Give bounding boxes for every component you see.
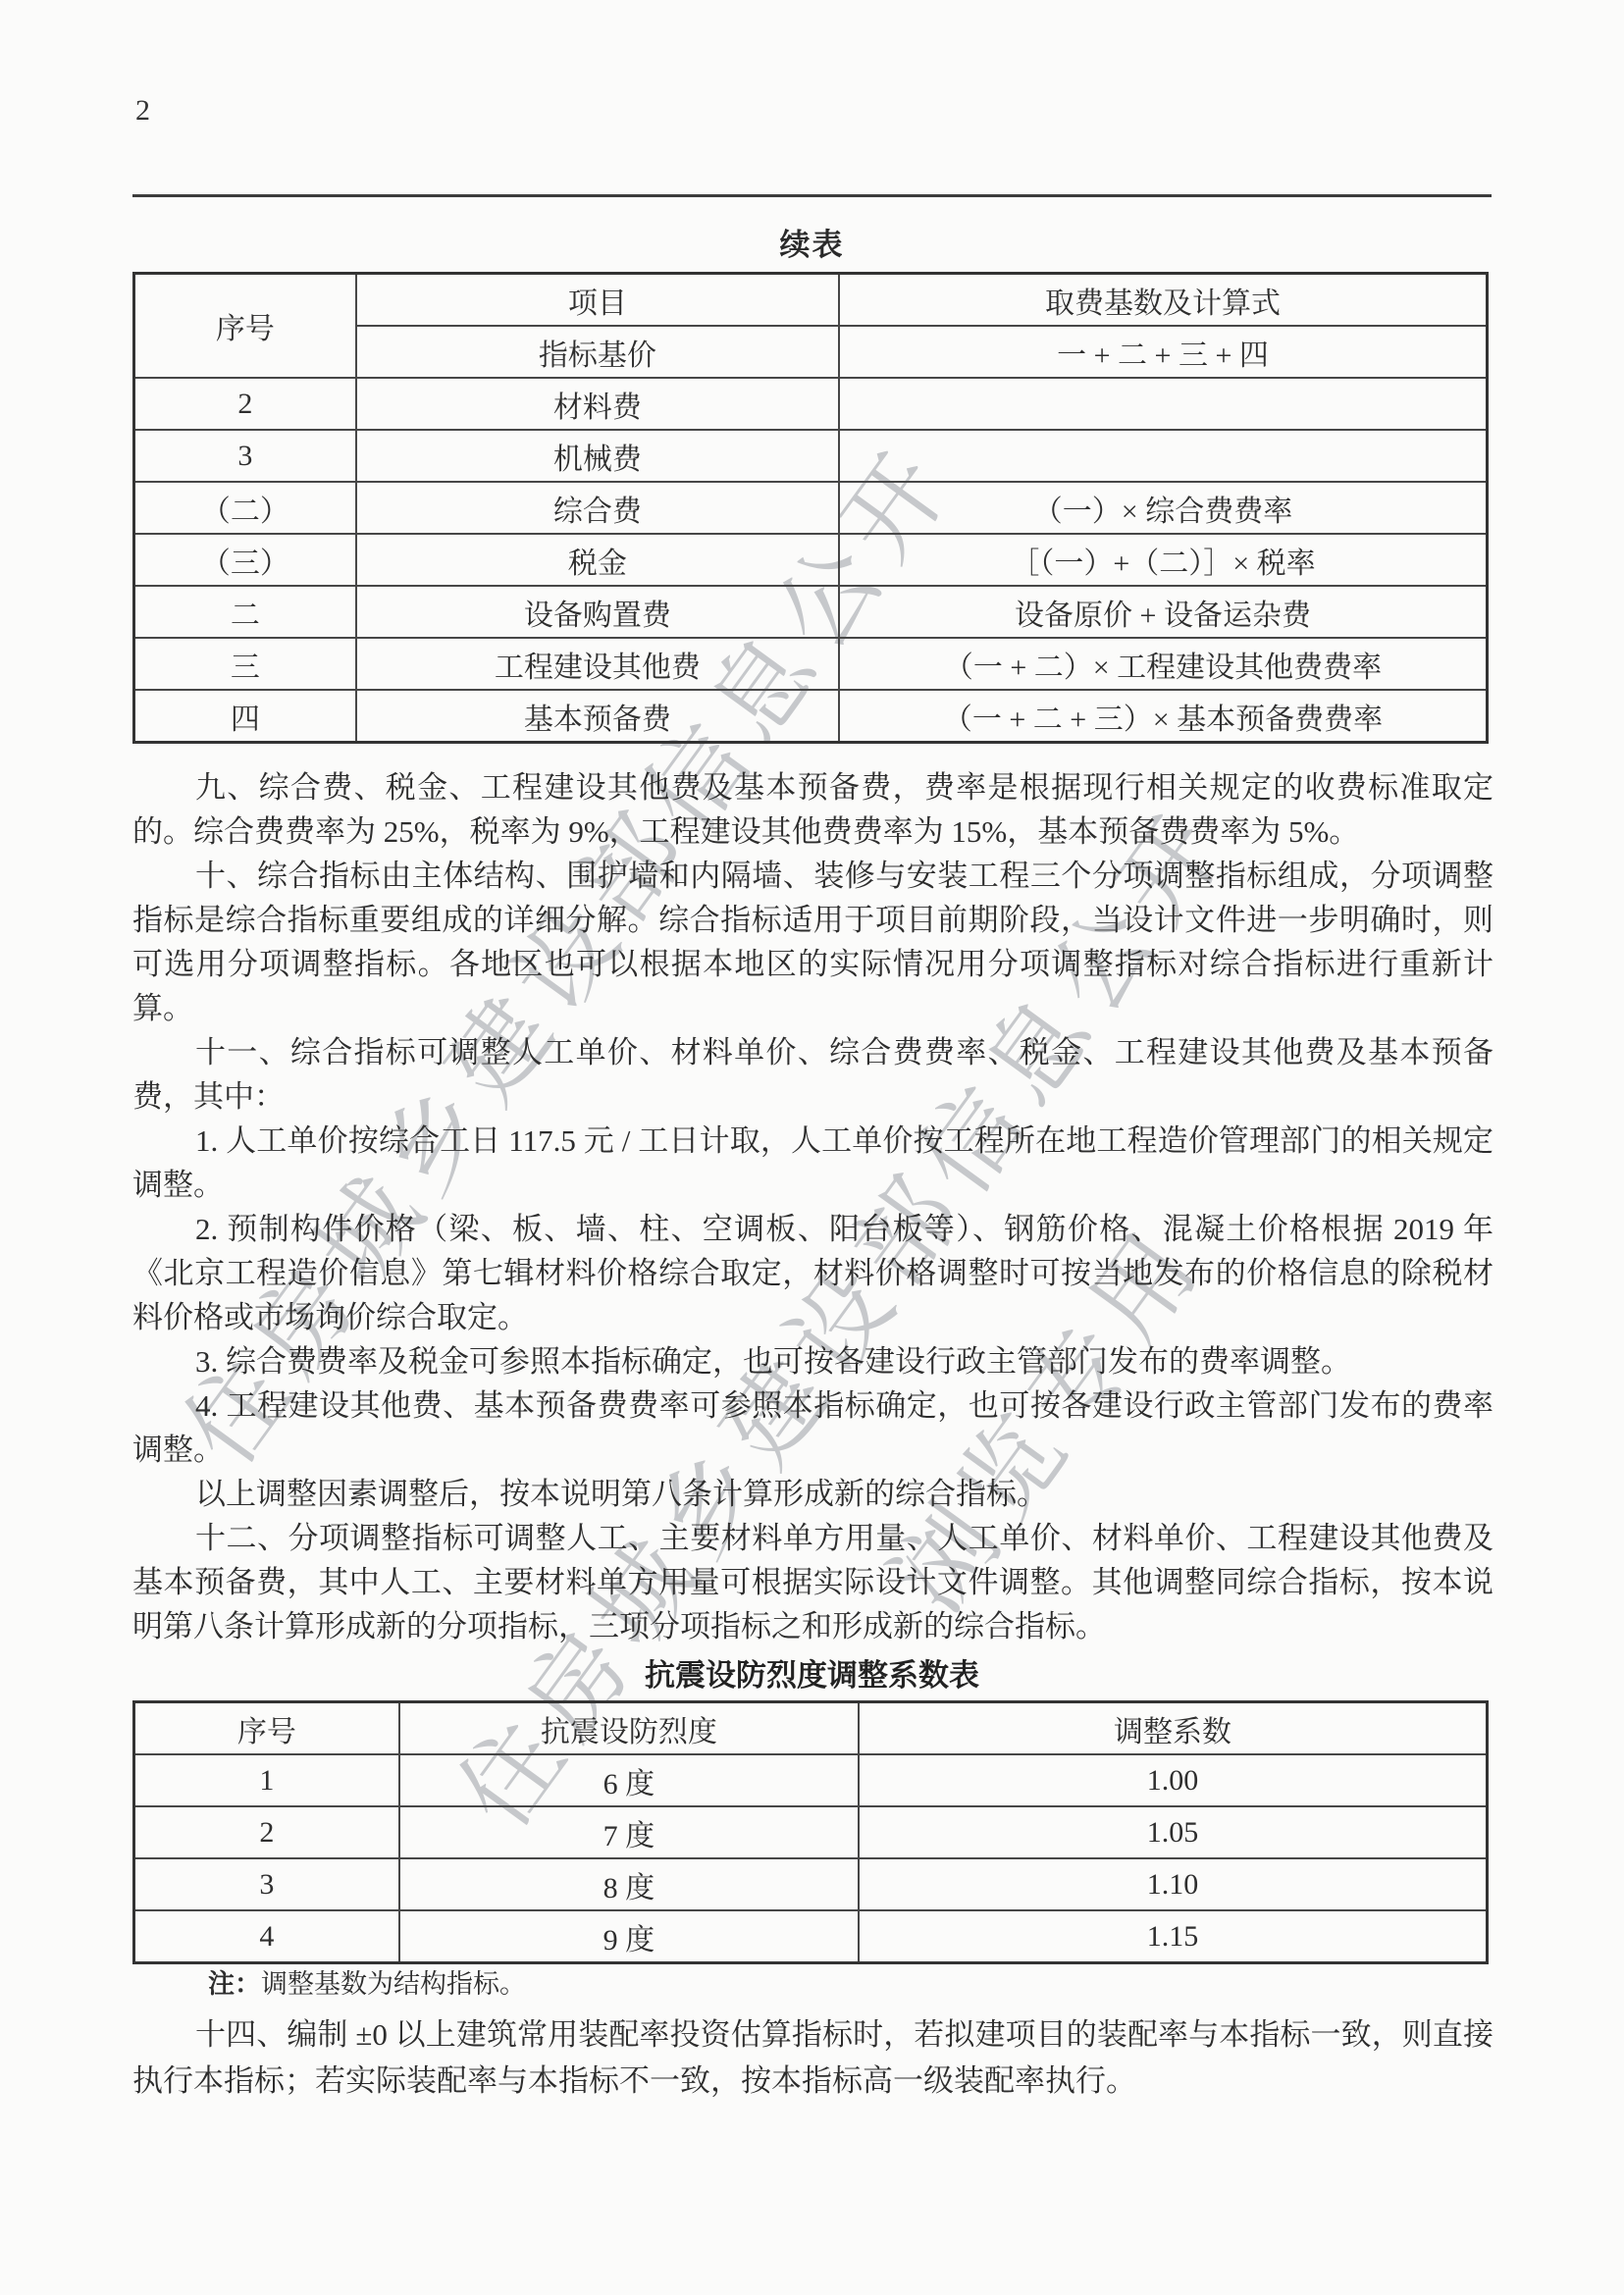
page-number: 2: [135, 94, 150, 128]
table-row: （三） 税金 ［（一）+（二）］× 税率: [134, 534, 1488, 586]
fee-table-header-seq: 序号: [134, 274, 356, 379]
fee-table: 序号 项目 取费基数及计算式 指标基价 一 + 二 + 三 + 四 2 材料费 …: [132, 272, 1489, 744]
table-row: 3 8 度 1.10: [134, 1858, 1488, 1910]
cell-intensity: 7 度: [399, 1806, 859, 1858]
seismic-table: 序号 抗震设防烈度 调整系数 1 6 度 1.00 2 7 度 1.05 3 8…: [132, 1700, 1489, 1964]
cell-seq: （二）: [134, 482, 356, 534]
cell-seq: 二: [134, 586, 356, 638]
continued-table-label: 续表: [0, 220, 1624, 264]
seismic-header-intensity: 抗震设防烈度: [399, 1702, 859, 1755]
closing-paragraph-block: 十四、编制 ±0 以上建筑常用装配率投资估算指标时，若拟建项目的装配率与本指标一…: [132, 2011, 1493, 2104]
cell-intensity: 9 度: [399, 1910, 859, 1963]
document-page: 住房城乡建设部信息公开 住房城乡建设部信息公开 浏览专用 2 续表 序号 项目 …: [0, 0, 1624, 2295]
paragraph-11-item-1: 1. 人工单价按综合工日 117.5 元 / 工日计取，人工单价按工程所在地工程…: [132, 1119, 1493, 1207]
cell-seq: 3: [134, 1858, 399, 1910]
paragraph-11-item-3: 3. 综合费费率及税金可参照本指标确定，也可按各建设行政主管部门发布的费率调整。: [132, 1339, 1493, 1383]
cell-coefficient: 1.00: [859, 1754, 1487, 1806]
table-row: 1 6 度 1.00: [134, 1754, 1488, 1806]
cell-item: 机械费: [356, 430, 839, 482]
seismic-header-seq: 序号: [134, 1702, 399, 1755]
cell-item: 税金: [356, 534, 839, 586]
table-row: 2 7 度 1.05: [134, 1806, 1488, 1858]
cell-seq: 2: [134, 378, 356, 430]
table-row: （二） 综合费 （一）× 综合费费率: [134, 482, 1488, 534]
seismic-table-title: 抗震设防烈度调整系数表: [0, 1650, 1624, 1695]
cell-coefficient: 1.05: [859, 1806, 1487, 1858]
table-row: 二 设备购置费 设备原价 + 设备运杂费: [134, 586, 1488, 638]
cell-formula: （一）× 综合费费率: [839, 482, 1488, 534]
cell-coefficient: 1.15: [859, 1910, 1487, 1963]
cell-seq: 1: [134, 1754, 399, 1806]
table-note-text: 调整基数为结构指标。: [261, 1969, 526, 1999]
fee-table-header-row: 序号 项目 取费基数及计算式: [134, 274, 1488, 327]
cell-seq: （三）: [134, 534, 356, 586]
paragraph-9: 九、综合费、税金、工程建设其他费及基本预备费，费率是根据现行相关规定的收费标准取…: [132, 765, 1493, 854]
table-note-label: 注：: [208, 1969, 261, 1999]
paragraph-11-item-2: 2. 预制构件价格（梁、板、墙、柱、空调板、阳台板等）、钢筋价格、混凝土价格根据…: [132, 1207, 1493, 1339]
table-row: 三 工程建设其他费 （一 + 二）× 工程建设其他费费率: [134, 638, 1488, 690]
table-row: 3 机械费: [134, 430, 1488, 482]
seismic-header-coefficient: 调整系数: [859, 1702, 1487, 1755]
table-row: 2 材料费: [134, 378, 1488, 430]
paragraph-11-item-4: 4. 工程建设其他费、基本预备费费率可参照本指标确定，也可按各建设行政主管部门发…: [132, 1383, 1493, 1472]
table-row: 四 基本预备费 （一 + 二 + 三）× 基本预备费费率: [134, 690, 1488, 743]
cell-coefficient: 1.10: [859, 1858, 1487, 1910]
cell-formula: [839, 430, 1488, 482]
cell-item: 基本预备费: [356, 690, 839, 743]
cell-intensity: 8 度: [399, 1858, 859, 1910]
fee-table-header-basis: 取费基数及计算式: [839, 274, 1488, 327]
cell-item: 设备购置费: [356, 586, 839, 638]
cell-item: 综合费: [356, 482, 839, 534]
cell-seq: 2: [134, 1806, 399, 1858]
cell-seq: 4: [134, 1910, 399, 1963]
seismic-table-header-row: 序号 抗震设防烈度 调整系数: [134, 1702, 1488, 1755]
fee-table-subheader-item: 指标基价: [356, 326, 839, 378]
cell-seq: 四: [134, 690, 356, 743]
cell-intensity: 6 度: [399, 1754, 859, 1806]
paragraph-10: 十、综合指标由主体结构、围护墙和内隔墙、装修与安装工程三个分项调整指标组成，分项…: [132, 854, 1493, 1030]
fee-table-subheader-basis: 一 + 二 + 三 + 四: [839, 326, 1488, 378]
cell-formula: ［（一）+（二）］× 税率: [839, 534, 1488, 586]
cell-item: 材料费: [356, 378, 839, 430]
table-row: 4 9 度 1.15: [134, 1910, 1488, 1963]
cell-item: 工程建设其他费: [356, 638, 839, 690]
body-text: 九、综合费、税金、工程建设其他费及基本预备费，费率是根据现行相关规定的收费标准取…: [132, 765, 1493, 1648]
fee-table-header-item: 项目: [356, 274, 839, 327]
paragraph-12: 十二、分项调整指标可调整人工、主要材料单方用量、人工单价、材料单价、工程建设其他…: [132, 1516, 1493, 1648]
cell-formula: [839, 378, 1488, 430]
paragraph-14: 十四、编制 ±0 以上建筑常用装配率投资估算指标时，若拟建项目的装配率与本指标一…: [132, 2011, 1493, 2104]
cell-seq: 3: [134, 430, 356, 482]
cell-formula: （一 + 二）× 工程建设其他费费率: [839, 638, 1488, 690]
cell-seq: 三: [134, 638, 356, 690]
paragraph-11: 十一、综合指标可调整人工单价、材料单价、综合费费率、税金、工程建设其他费及基本预…: [132, 1030, 1493, 1119]
cell-formula: 设备原价 + 设备运杂费: [839, 586, 1488, 638]
cell-formula: （一 + 二 + 三）× 基本预备费费率: [839, 690, 1488, 743]
paragraph-adjust-summary: 以上调整因素调整后，按本说明第八条计算形成新的综合指标。: [132, 1472, 1493, 1516]
header-rule: [132, 194, 1492, 197]
table-note: 注：调整基数为结构指标。: [208, 1962, 526, 2001]
